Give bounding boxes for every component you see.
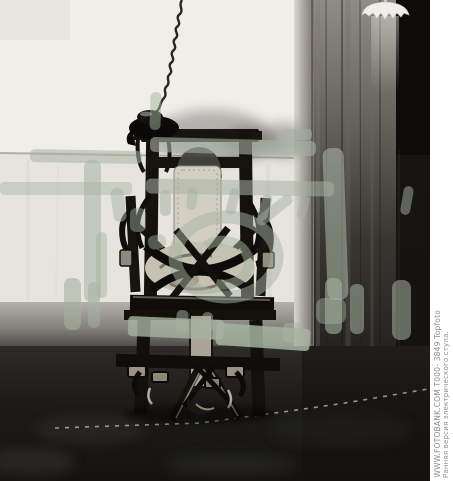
caption-text: Ранняя версия электрического стула.: [443, 331, 450, 478]
photo-scene: [0, 0, 430, 481]
credit-text: WWW.FOTOBANK.COM T000- 3849 Topfoto: [434, 310, 442, 478]
credit-strip: WWW.FOTOBANK.COM T000- 3849 Topfoto Ранн…: [430, 0, 453, 481]
stock-photo-page: WWW.FOTOBANK.COM T000- 3849 Topfoto Ранн…: [0, 0, 453, 481]
electric-chair-photograph: [0, 0, 430, 481]
